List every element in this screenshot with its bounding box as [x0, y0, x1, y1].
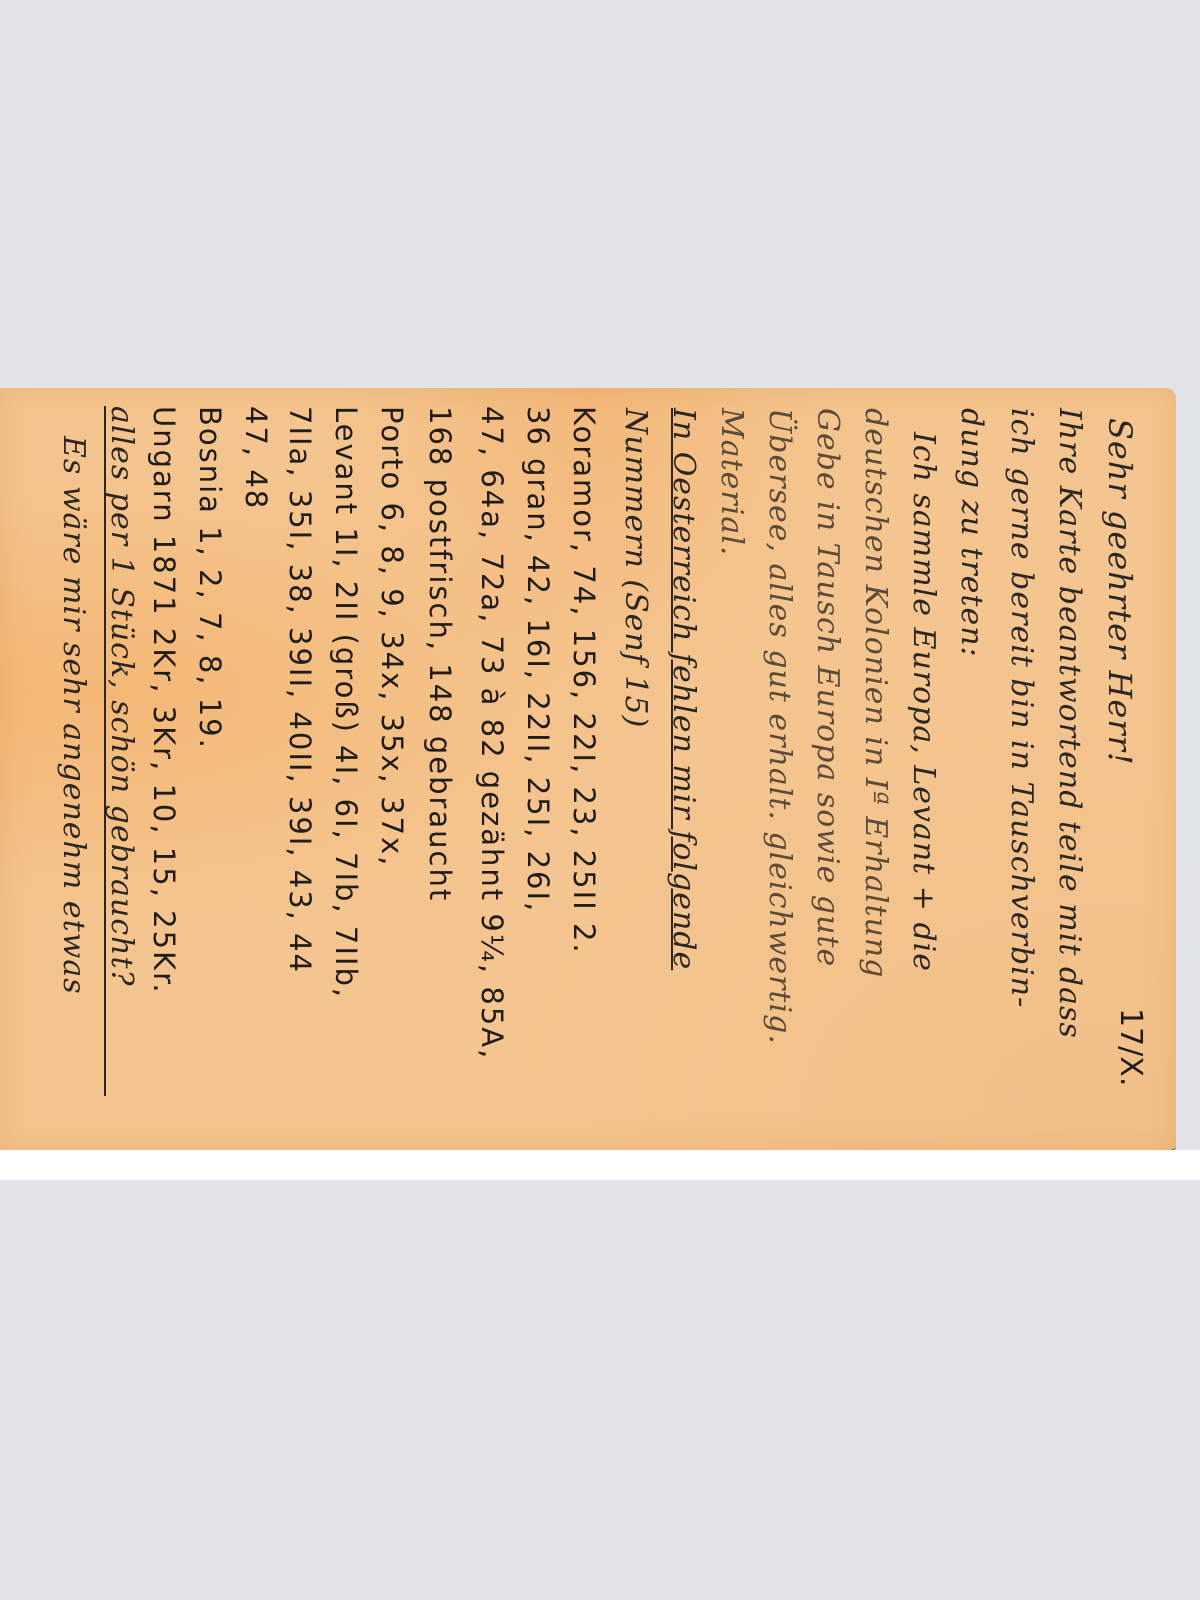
- text-line: Levant 1I, 2II (groß) 4I, 6I, 7Ib, 7IIb,: [331, 406, 360, 999]
- postcard: 17/X. Sehr geehrter Herr! Ihre Karte bea…: [0, 388, 1176, 1150]
- text-line: 47, 64a, 72a, 73 à 82 gezähnt 9¼, 85A,: [477, 406, 506, 1060]
- text-line: Koramor, 74, 156, 22I, 23, 25II 2.: [569, 406, 598, 955]
- text-line: Es wäre mir sehr angenehm etwas: [58, 436, 88, 995]
- text-underlined: In Oesterreich fehlen mir folgende: [666, 408, 701, 970]
- text-line: 36 gran, 42, 16I, 22II, 25I, 26I,: [523, 406, 552, 913]
- text-line: 7IIa, 35I, 38, 39II, 40II, 39I, 43, 44: [285, 406, 314, 974]
- text-line: alles per 1 Stück, schön gebraucht?: [106, 406, 136, 987]
- postcard-text-rotated: 17/X. Sehr geehrter Herr! Ihre Karte bea…: [0, 388, 1176, 1150]
- text-line: 47, 48: [241, 406, 270, 510]
- text-line: deutschen Kolonien in Iª Erhaltung: [860, 408, 890, 978]
- text-line: Nummern (Senf 15): [620, 408, 650, 728]
- text-line: Material.: [716, 408, 746, 556]
- text-line-heading: In Oesterreich fehlen mir folgende: [668, 408, 698, 970]
- salutation: Sehr geehrter Herr!: [1104, 418, 1136, 766]
- text-line: ich gerne bereit bin in Tauschverbin-: [1006, 408, 1036, 1008]
- text-line: dung zu treten:: [956, 408, 986, 658]
- date: 17/X.: [1113, 1008, 1148, 1086]
- page-background-lower: [0, 1180, 1200, 1600]
- text-line: Ungarn 1871 2Kr, 3Kr, 10, 15, 25Kr.: [149, 406, 178, 995]
- text-line: Ich sammle Europa, Levant + die: [908, 432, 938, 972]
- text-line: Porto 6, 8, 9, 34x, 35x, 37x,: [377, 406, 406, 867]
- text-line: Ihre Karte beantwortend teile mit dass: [1054, 408, 1084, 1039]
- page-strip-white: [0, 1150, 1200, 1180]
- text-line: 168 postfrisch, 148 gebraucht: [425, 406, 454, 902]
- text-line: Gebe in Tausch Europa sowie gute: [812, 408, 842, 967]
- text-line: Übersee, alles gut erhalt. gleichwertig.: [764, 408, 794, 1045]
- text-line: Bosnia 1, 2, 7, 8, 19.: [195, 406, 224, 750]
